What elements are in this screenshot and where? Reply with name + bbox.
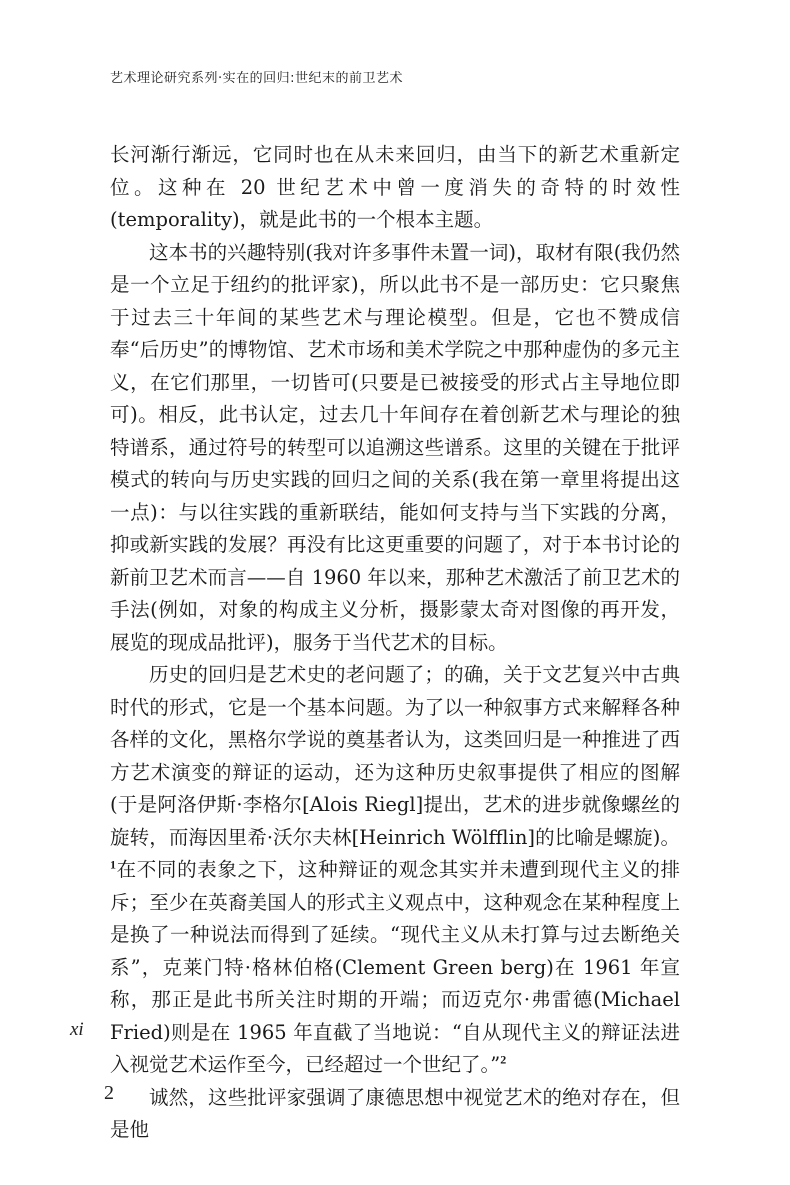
paragraph-4: 诚然，这些批评家强调了康德思想中视觉艺术的绝对存在，但是他 <box>110 1082 680 1147</box>
footnote-ref-2[interactable]: 2 <box>500 1053 506 1067</box>
body-text: 长河渐行渐远，它同时也在从未来回归，由当下的新艺术重新定位。这种在 20 世纪艺… <box>110 139 680 1147</box>
margin-page-reference: xi <box>70 1019 84 1041</box>
paragraph-3: 历史的回归是艺术史的老问题了；的确，关于文艺复兴中古典时代的形式，它是一个基本问… <box>110 659 680 1082</box>
page-number: 2 <box>104 1082 114 1105</box>
running-header: 艺术理论研究系列·实在的回归:世纪末的前卫艺术 <box>110 67 403 86</box>
paragraph-3-part-2: 在不同的表象之下，这种辩证的观念其实并未遭到现代主义的排斥；至少在英裔美国人的形… <box>110 858 680 1076</box>
paragraph-1: 长河渐行渐远，它同时也在从未来回归，由当下的新艺术重新定位。这种在 20 世纪艺… <box>110 139 680 237</box>
paragraph-3-part-1: 历史的回归是艺术史的老问题了；的确，关于文艺复兴中古典时代的形式，它是一个基本问… <box>110 663 680 849</box>
paragraph-2: 这本书的兴趣特别(我对许多事件未置一词)，取材有限(我仍然是一个立足于纽约的批评… <box>110 237 680 660</box>
